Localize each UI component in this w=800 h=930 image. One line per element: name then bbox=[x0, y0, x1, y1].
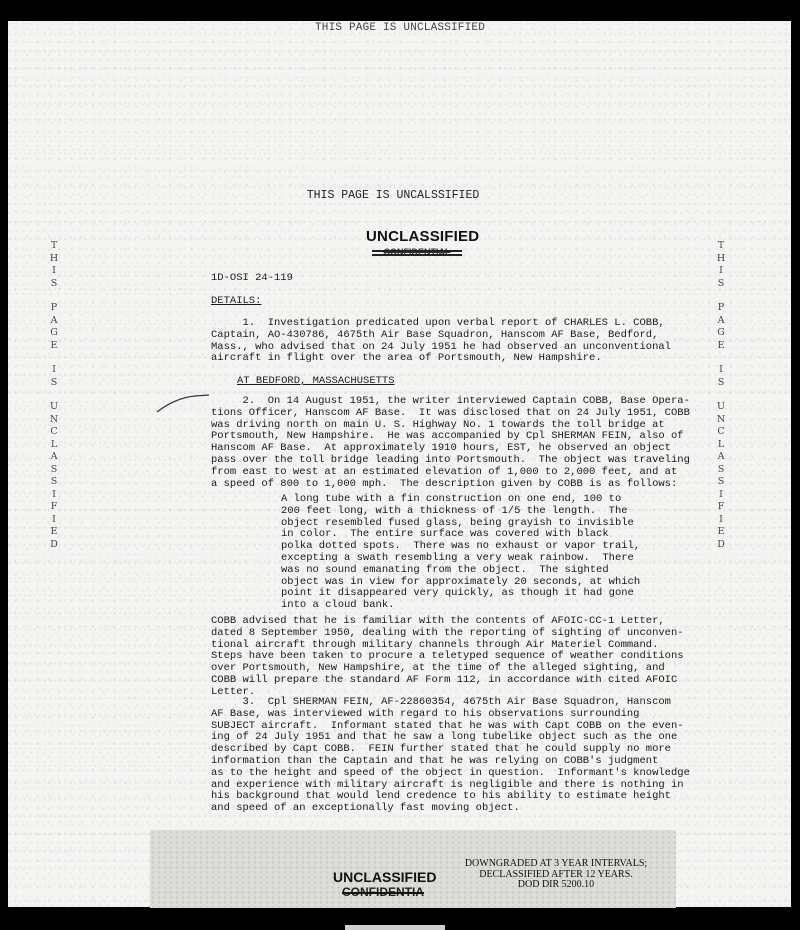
side-banner-letter: H bbox=[714, 253, 728, 266]
side-banner-letter: I bbox=[714, 489, 728, 502]
side-banner-letter: U bbox=[47, 401, 61, 414]
downgrade-line-3: DOD DIR 5200.10 bbox=[450, 880, 662, 891]
side-banner-letter: U bbox=[714, 401, 728, 414]
side-banner-letter: I bbox=[714, 514, 728, 527]
side-banner-letter: S bbox=[47, 464, 61, 477]
side-banner-letter: H bbox=[47, 253, 61, 266]
quoted-description: A long tube with a fin construction on o… bbox=[281, 494, 621, 612]
side-banner-letter: I bbox=[714, 364, 728, 377]
side-banner-letter: E bbox=[714, 340, 728, 353]
side-banner-letter: E bbox=[47, 526, 61, 539]
side-banner-letter: S bbox=[714, 464, 728, 477]
side-banner-letter: A bbox=[714, 451, 728, 464]
paragraph-cobb-advised: COBB advised that he is familiar with th… bbox=[211, 616, 651, 699]
mid-classification-banner: THIS PAGE IS UNCALSSIFIED bbox=[0, 189, 786, 202]
side-banner-letter: F bbox=[47, 501, 61, 514]
side-banner-letter: G bbox=[714, 327, 728, 340]
paragraph-1: 1. Investigation predicated upon verbal … bbox=[211, 318, 651, 365]
top-classification-banner: THIS PAGE IS UNCLASSIFIED bbox=[0, 22, 800, 34]
location-heading: AT BEDFORD, MASSACHUSETTS bbox=[237, 376, 677, 388]
pen-mark-icon bbox=[155, 392, 211, 414]
side-banner-letter: A bbox=[714, 315, 728, 328]
classification-stamp-top: UNCLASSIFIED bbox=[366, 228, 479, 245]
side-banner-letter: C bbox=[714, 426, 728, 439]
side-banner-letter: C bbox=[47, 426, 61, 439]
side-banner-letter bbox=[714, 352, 728, 364]
side-banner-letter: E bbox=[47, 340, 61, 353]
side-banner-letter bbox=[47, 290, 61, 302]
classification-stamp-bottom: UNCLASSIFIED bbox=[333, 869, 436, 885]
side-banner-letter: L bbox=[714, 439, 728, 452]
side-banner-letter: I bbox=[47, 514, 61, 527]
side-banner-letter bbox=[714, 290, 728, 302]
struck-classification-top: CONFIDENTIAL bbox=[372, 247, 462, 257]
struck-classification-bottom: CONFIDENTIAL bbox=[342, 885, 424, 897]
section-heading: DETAILS: bbox=[211, 296, 651, 308]
side-banner-letter: A bbox=[47, 315, 61, 328]
side-banner-letter: E bbox=[714, 526, 728, 539]
paragraph-2: 2. On 14 August 1951, the writer intervi… bbox=[211, 396, 651, 490]
side-banner-letter: T bbox=[47, 240, 61, 253]
side-banner-left: THISPAGEISUNCLASSIFIED bbox=[47, 240, 61, 551]
side-banner-letter: F bbox=[714, 501, 728, 514]
scan-bottom-patch bbox=[345, 925, 445, 930]
side-banner-letter: D bbox=[714, 539, 728, 552]
side-banner-letter: I bbox=[47, 364, 61, 377]
paragraph-3: 3. Cpl SHERMAN FEIN, AF-22860354, 4675th… bbox=[211, 697, 651, 815]
side-banner-letter: G bbox=[47, 327, 61, 340]
side-banner-letter: S bbox=[714, 476, 728, 489]
downgrade-notice: DOWNGRADED AT 3 YEAR INTERVALS; DECLASSI… bbox=[450, 859, 662, 891]
side-banner-right: THISPAGEISUNCLASSIFIED bbox=[714, 240, 728, 551]
side-banner-letter: P bbox=[47, 302, 61, 315]
file-number: 1D-OSI 24-119 bbox=[211, 273, 651, 285]
side-banner-letter: I bbox=[47, 489, 61, 502]
side-banner-letter: S bbox=[47, 476, 61, 489]
side-banner-letter: D bbox=[47, 539, 61, 552]
side-banner-letter: S bbox=[714, 377, 728, 390]
side-banner-letter: L bbox=[47, 439, 61, 452]
side-banner-letter bbox=[47, 352, 61, 364]
side-banner-letter: I bbox=[47, 265, 61, 278]
side-banner-letter: S bbox=[714, 278, 728, 291]
side-banner-letter: N bbox=[47, 414, 61, 427]
side-banner-letter: T bbox=[714, 240, 728, 253]
side-banner-letter bbox=[714, 389, 728, 401]
side-banner-letter: N bbox=[714, 414, 728, 427]
side-banner-letter: P bbox=[714, 302, 728, 315]
side-banner-letter bbox=[47, 389, 61, 401]
side-banner-letter: S bbox=[47, 278, 61, 291]
side-banner-letter: A bbox=[47, 451, 61, 464]
side-banner-letter: I bbox=[714, 265, 728, 278]
side-banner-letter: S bbox=[47, 377, 61, 390]
downgrade-line-1: DOWNGRADED AT 3 YEAR INTERVALS; bbox=[450, 859, 662, 870]
